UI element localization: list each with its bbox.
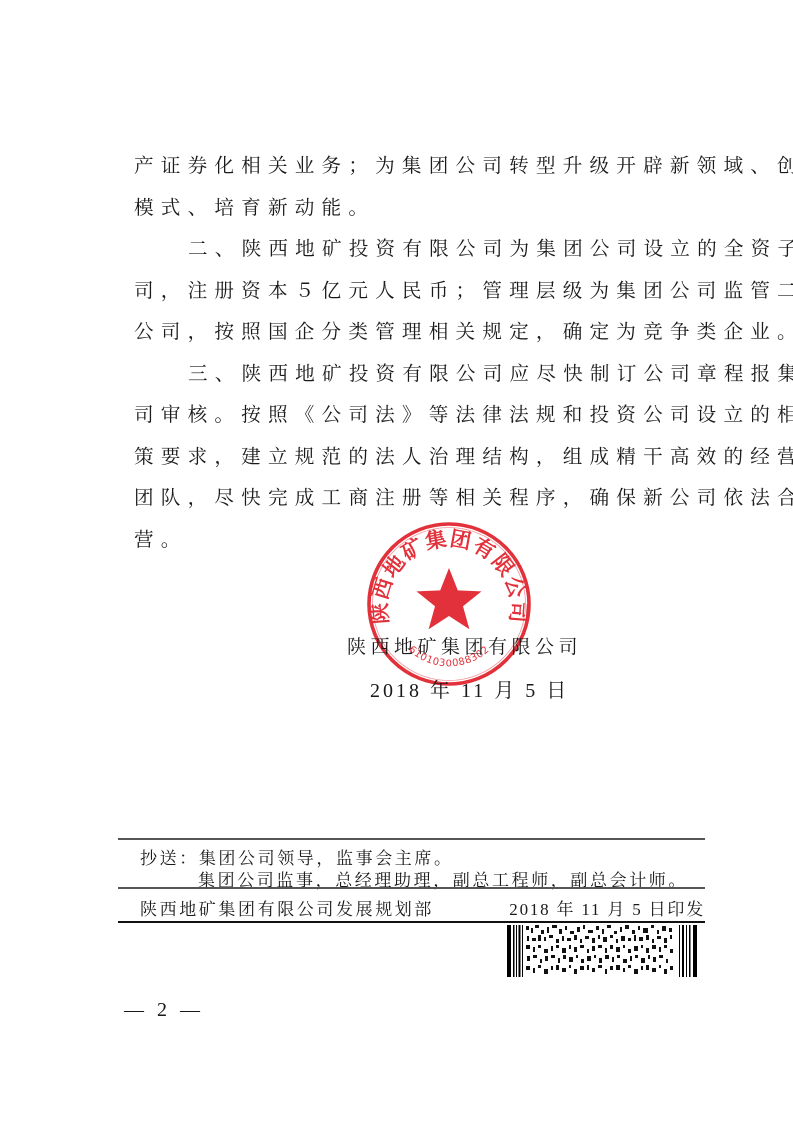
body-line-4: 司，注册资本５亿元人民币；管理层级为集团公司监管二级子 bbox=[134, 270, 706, 312]
body-line-6-paragraph-three: 三、陕西地矿投资有限公司应尽快制订公司章程报集团公 bbox=[134, 353, 706, 395]
signature-date: 2018 年 11 月 5 日 bbox=[370, 674, 630, 703]
body-line-7: 司审核。按照《公司法》等法律法规和投资公司设立的相关政 bbox=[134, 394, 706, 436]
body-text: 产证券化相关业务；为集团公司转型升级开辟新领域、创建新 模式、培育新动能。 二、… bbox=[134, 145, 706, 560]
body-line-8: 策要求，建立规范的法人治理结构，组成精干高效的经营管理 bbox=[134, 436, 706, 478]
body-line-5: 公司，按照国企分类管理相关规定，确定为竞争类企业。 bbox=[134, 311, 706, 353]
body-line-2: 模式、培育新动能。 bbox=[134, 187, 706, 229]
cc-label: 抄送： bbox=[140, 849, 199, 869]
divider-top bbox=[118, 838, 705, 840]
divider-middle bbox=[118, 887, 705, 889]
red-star-icon bbox=[417, 568, 482, 629]
body-line-9: 团队，尽快完成工商注册等相关程序，确保新公司依法合规运 bbox=[134, 477, 706, 519]
issue-date: 2018 年 11 月 5 日印发 bbox=[509, 895, 705, 920]
pdf417-barcode-icon bbox=[507, 925, 699, 977]
official-seal: 陕西地矿集团有限公司 6101030088302 bbox=[364, 518, 534, 690]
signature-organization: 陕西地矿集团有限公司 bbox=[347, 632, 607, 659]
body-line-1: 产证券化相关业务；为集团公司转型升级开辟新领域、创建新 bbox=[134, 145, 706, 187]
divider-bottom bbox=[118, 921, 705, 923]
document-page: 产证券化相关业务；为集团公司转型升级开辟新领域、创建新 模式、培育新动能。 二、… bbox=[0, 0, 793, 1122]
page-number: — 2 — bbox=[124, 999, 204, 1022]
body-line-3-paragraph-two: 二、陕西地矿投资有限公司为集团公司设立的全资子公 bbox=[134, 228, 706, 270]
issuing-department: 陕西地矿集团有限公司发展规划部 bbox=[140, 895, 434, 920]
